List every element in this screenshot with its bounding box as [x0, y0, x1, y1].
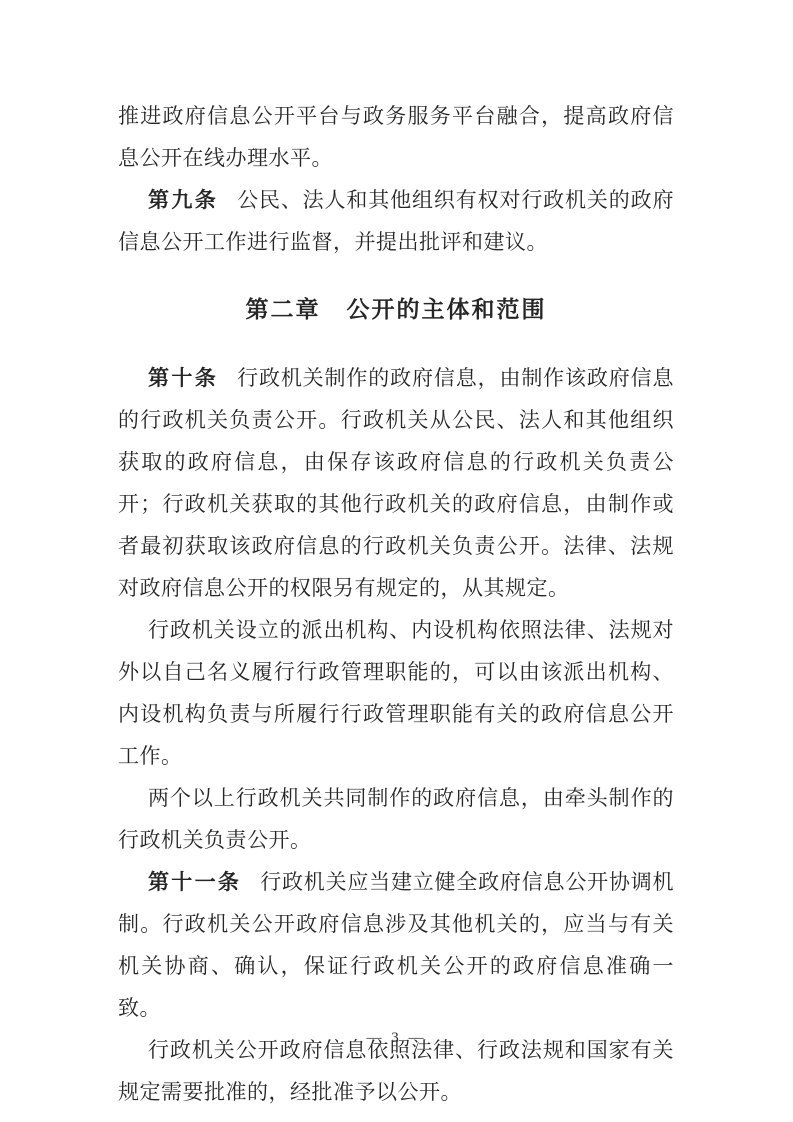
article-10-subparagraph-1: 行政机关设立的派出机构、内设机构依照法律、法规对外以自己名义履行行政管理职能的，… [118, 609, 674, 777]
page-number: — 3 — [367, 1030, 427, 1046]
article-9-paragraph: 第九条公民、法人和其他组织有权对行政机关的政府信息公开工作进行监督，并提出批评和… [118, 179, 674, 263]
article-10-subparagraph-2: 两个以上行政机关共同制作的政府信息，由牵头制作的行政机关负责公开。 [118, 777, 674, 861]
article-term: 第九条 [148, 188, 218, 212]
article-11-paragraph: 第十一条行政机关应当建立健全政府信息公开协调机制。行政机关公开政府信息涉及其他机… [118, 861, 674, 1029]
paragraph-text: 行政机关公开政府信息依照法律、行政法规和国家有关规定需要批准的，经批准予以公开。 [118, 1038, 674, 1104]
paragraph-text: 两个以上行政机关共同制作的政府信息，由牵头制作的行政机关负责公开。 [118, 786, 674, 852]
paragraph-text: 行政机关设立的派出机构、内设机构依照法律、法规对外以自己名义履行行政管理职能的，… [118, 618, 674, 768]
chapter-heading: 第二章公开的主体和范围 [118, 289, 674, 331]
chapter-title: 公开的主体和范围 [347, 297, 547, 322]
paragraph-text: 推进政府信息公开平台与政务服务平台融合，提高政府信息公开在线办理水平。 [118, 104, 674, 170]
paragraph-text: 行政机关制作的政府信息，由制作该政府信息的行政机关负责公开。行政机关从公民、法人… [118, 366, 674, 600]
page-footer: — 3 — [0, 1030, 793, 1047]
chapter-number: 第二章 [246, 297, 321, 322]
paragraph-continuation: 推进政府信息公开平台与政务服务平台融合，提高政府信息公开在线办理水平。 [118, 95, 674, 179]
article-term: 第十条 [148, 366, 218, 390]
article-10-paragraph: 第十条行政机关制作的政府信息，由制作该政府信息的行政机关负责公开。行政机关从公民… [118, 357, 674, 609]
document-page: 推进政府信息公开平台与政务服务平台融合，提高政府信息公开在线办理水平。 第九条公… [0, 0, 793, 1122]
article-term: 第十一条 [148, 870, 241, 894]
document-body: 推进政府信息公开平台与政务服务平台融合，提高政府信息公开在线办理水平。 第九条公… [118, 95, 674, 1113]
